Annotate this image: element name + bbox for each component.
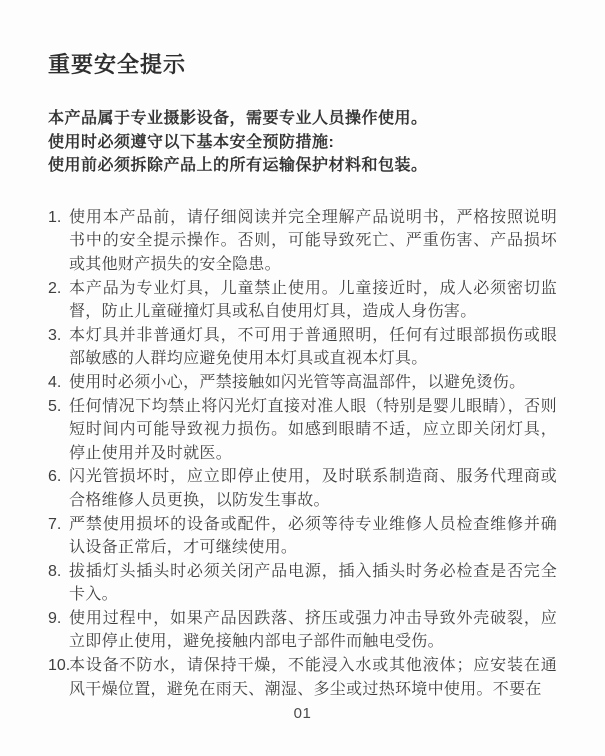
- safety-instructions-list: 使用本产品前，请仔细阅读并完全理解产品说明书，严格按照说明书中的安全提示操作。否…: [48, 206, 557, 701]
- list-item: 闪光管损坏时，应立即停止使用，及时联系制造商、服务代理商或合格维修人员更换，以防…: [48, 465, 557, 512]
- list-item: 本产品为专业灯具，儿童禁止使用。儿童接近时，成人必须密切监督，防止儿童碰撞灯具或…: [48, 277, 557, 324]
- list-item: 使用过程中，如果产品因跌落、挤压或强力冲击导致外壳破裂，应立即停止使用，避免接触…: [48, 607, 557, 654]
- list-item: 本灯具并非普通灯具，不可用于普通照明，任何有过眼部损伤或眼部敏感的人群均应避免使…: [48, 324, 557, 371]
- intro-line-2: 使用时必须遵守以下基本安全预防措施:: [48, 131, 557, 155]
- page-title: 重要安全提示: [48, 0, 557, 78]
- list-item: 使用本产品前，请仔细阅读并完全理解产品说明书，严格按照说明书中的安全提示操作。否…: [48, 206, 557, 277]
- list-item: 拔插灯头插头时必须关闭产品电源，插入插头时务必检查是否完全卡入。: [48, 560, 557, 607]
- intro-line-3: 使用前必须拆除产品上的所有运输保护材料和包装。: [48, 154, 557, 178]
- list-item: 使用时必须小心，严禁接触如闪光管等高温部件，以避免烫伤。: [48, 371, 557, 395]
- list-item: 任何情况下均禁止将闪光灯直接对准人眼（特别是婴儿眼睛），否则短时间内可能导致视力…: [48, 395, 557, 466]
- page-content: 重要安全提示 本产品属于专业摄影设备，需要专业人员操作使用。 使用时必须遵守以下…: [0, 0, 605, 701]
- list-item: 本设备不防水，请保持干燥，不能浸入水或其他液体；应安装在通风干燥位置，避免在雨天…: [48, 654, 557, 701]
- intro-paragraph: 本产品属于专业摄影设备，需要专业人员操作使用。 使用时必须遵守以下基本安全预防措…: [48, 107, 557, 178]
- list-item: 严禁使用损坏的设备或配件，必须等待专业维修人员检查维修并确认设备正常后，才可继续…: [48, 513, 557, 560]
- intro-line-1: 本产品属于专业摄影设备，需要专业人员操作使用。: [48, 107, 557, 131]
- manual-page: 重要安全提示 本产品属于专业摄影设备，需要专业人员操作使用。 使用时必须遵守以下…: [0, 0, 605, 756]
- page-number: 01: [0, 705, 605, 722]
